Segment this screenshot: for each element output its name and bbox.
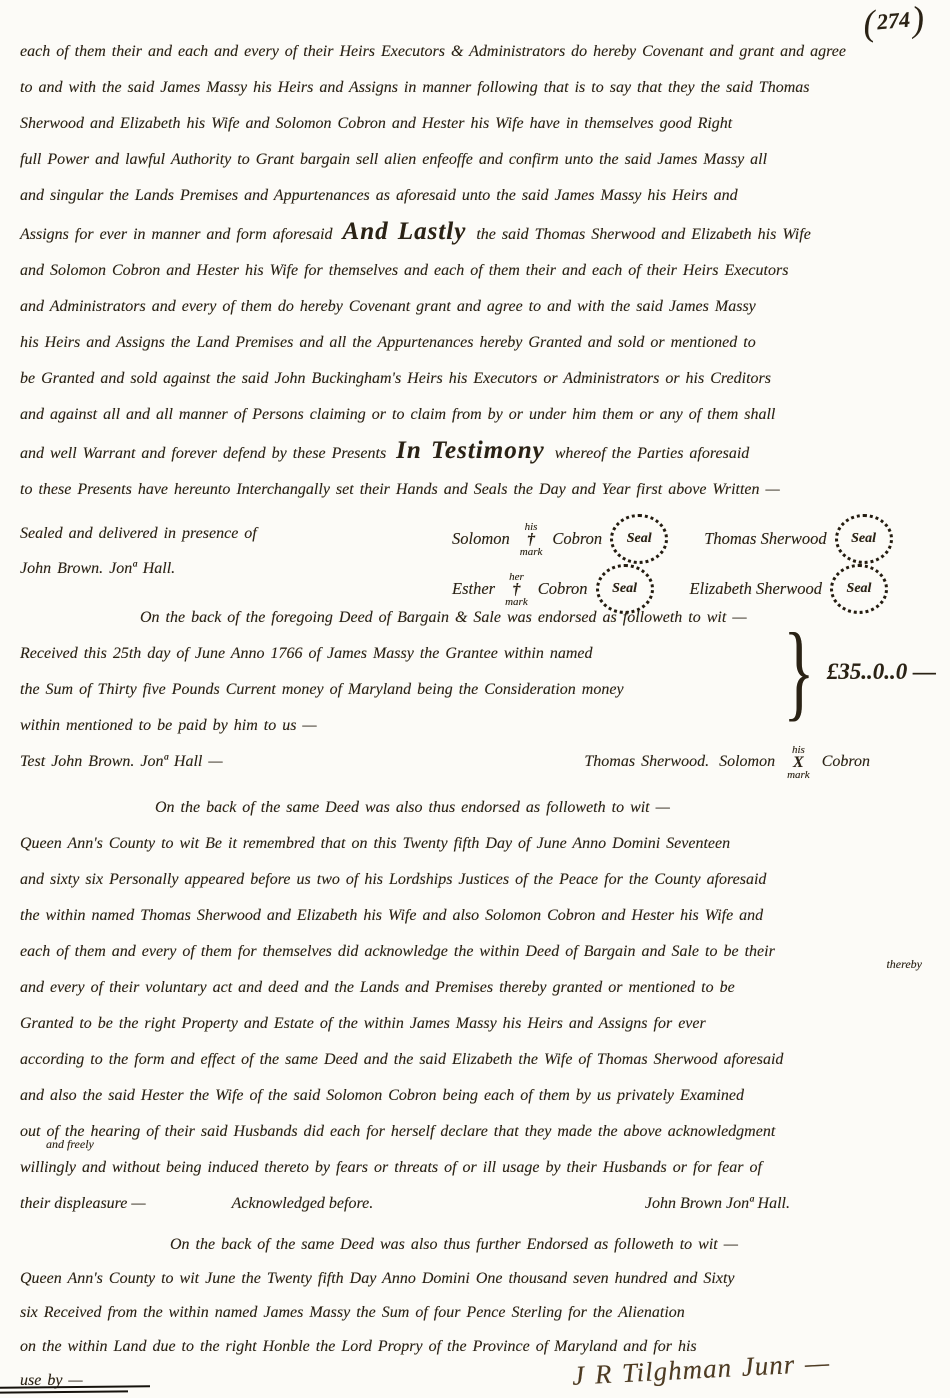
seal-label: Seal (612, 581, 637, 597)
acknowledgment-text: willingly and without being induced ther… (20, 1159, 762, 1176)
alienation-line: six Received from the within named James… (20, 1296, 940, 1330)
seal-label: Seal (847, 581, 872, 597)
receipt-attestation-row: Test John Brown. Jonª Hall — Thomas Sher… (20, 744, 940, 780)
acknowledgment-line: Queen Ann's County to wit Be it remembre… (20, 826, 940, 862)
deed-line: and against all and all manner of Person… (20, 397, 940, 433)
acknowledgment-line: and freely willingly and without being i… (20, 1150, 940, 1186)
deed-line-text: and well Warrant and forever defend by t… (20, 445, 386, 462)
justice-names: John Brown Jonª Hall. (645, 1186, 790, 1222)
deed-line: full Power and lawful Authority to Grant… (20, 142, 940, 178)
deed-line: Sherwood and Elizabeth his Wife and Solo… (20, 106, 940, 142)
receipt-signatures: Thomas Sherwood. Solomon his X mark Cobr… (584, 744, 870, 780)
endorsement-acknowledgment: On the back of the same Deed was also th… (20, 790, 940, 1222)
interlined-word: thereby (886, 958, 922, 970)
seal-icon: Seal (835, 514, 893, 564)
signer-name: Cobron (822, 744, 870, 780)
endorsement-heading: On the back of the foregoing Deed of Bar… (140, 600, 940, 636)
receipt-line: the Sum of Thirty five Pounds Current mo… (20, 672, 773, 708)
page-content: each of them their and each and every of… (0, 0, 950, 1398)
deed-line-text: the said Thomas Sherwood and Elizabeth h… (476, 226, 810, 243)
deed-line: and singular the Lands Premises and Appu… (20, 178, 940, 214)
deed-body: each of them their and each and every of… (20, 34, 940, 508)
acknowledged-before-text: Acknowledged before. (232, 1186, 374, 1222)
mark-label-bottom: mark (787, 770, 810, 781)
deed-line: to these Presents have hereunto Intercha… (20, 472, 940, 508)
his-mark: his X mark (787, 745, 810, 781)
signer-name: Thomas Sherwood (704, 529, 826, 549)
manuscript-page: ( 274 ) each of them their and each and … (0, 0, 950, 1398)
test-witnesses: Test John Brown. Jonª Hall — (20, 744, 223, 780)
signer-name: Thomas Sherwood. (584, 744, 709, 780)
witness-column: Sealed and delivered in presence of John… (20, 512, 452, 600)
x-mark-icon: X (793, 756, 804, 770)
acknowledgment-line: the within named Thomas Sherwood and Eli… (20, 898, 940, 934)
endorsement-receipt: On the back of the foregoing Deed of Bar… (20, 600, 940, 780)
deed-line: to and with the said James Massy his Hei… (20, 70, 940, 106)
mark-label-bottom: mark (520, 547, 543, 558)
witness-names: John Brown. Jonª Hall. (20, 551, 452, 586)
signer-name: Cobron (538, 579, 588, 599)
acknowledgment-text: and every of their voluntary act and dee… (20, 979, 735, 996)
in-testimony-phrase: In Testimony (396, 437, 545, 464)
witness-statement: Sealed and delivered in presence of (20, 516, 452, 551)
alienation-final-row: use by — J R Tilghman Junr — (20, 1364, 940, 1398)
deed-line-text: whereof the Parties aforesaid (555, 445, 750, 462)
acknowledgment-line: and also the said Hester the Wife of the… (20, 1078, 940, 1114)
deed-line: be Granted and sold against the said Joh… (20, 361, 940, 397)
signers-column: Solomon his † mark Cobron Seal Thomas Sh… (452, 512, 940, 600)
deed-line: and Administrators and every of them do … (20, 289, 940, 325)
brace-icon: } (783, 636, 814, 708)
signer-name: Esther (452, 579, 495, 599)
deed-line: his Heirs and Assigns the Land Premises … (20, 325, 940, 361)
his-mark: his † mark (520, 522, 543, 558)
signer-name: Elizabeth Sherwood (690, 579, 822, 599)
seal-label: Seal (851, 531, 876, 547)
acknowledgment-line: thereby and every of their voluntary act… (20, 970, 940, 1006)
page-number-paren-close: ) (911, 3, 926, 34)
rule-line (0, 1385, 150, 1389)
signature-row: Solomon his † mark Cobron Seal Thomas Sh… (452, 514, 934, 564)
interlined-word: and freely (46, 1138, 94, 1150)
acknowledgment-closing-row: their displeasure — Acknowledged before.… (20, 1186, 940, 1222)
acknowledgment-line: each of them and every of them for thems… (20, 934, 940, 970)
endorsement-heading: On the back of the same Deed was also th… (170, 1228, 940, 1262)
receipt-line: Received this 25th day of June Anno 1766… (20, 636, 773, 672)
and-lastly-phrase: And Lastly (343, 218, 467, 245)
signer-name: Solomon (452, 529, 510, 549)
attestation-block: Sealed and delivered in presence of John… (20, 512, 940, 600)
deed-line-text: Assigns for ever in manner and form afor… (20, 226, 333, 243)
deed-line: each of them their and each and every of… (20, 34, 940, 70)
page-number-value: 274 (876, 7, 911, 36)
signer-name: Cobron (552, 529, 602, 549)
consideration-amount: £35..0..0 — (827, 659, 936, 685)
alienation-line: Queen Ann's County to wit June the Twent… (20, 1262, 940, 1296)
receipt-block: Received this 25th day of June Anno 1766… (20, 636, 940, 708)
seal-label: Seal (627, 531, 652, 547)
receipt-line: within mentioned to be paid by him to us… (20, 708, 940, 744)
endorsement-heading: On the back of the same Deed was also th… (155, 790, 940, 826)
deed-line: and Solomon Cobron and Hester his Wife f… (20, 253, 940, 289)
acknowledgment-line: and sixty six Personally appeared before… (20, 862, 940, 898)
receipt-lines: Received this 25th day of June Anno 1766… (20, 636, 773, 708)
cross-mark-icon: † (512, 583, 520, 597)
endorsement-alienation-fine: On the back of the same Deed was also th… (20, 1228, 940, 1398)
seal-icon: Seal (610, 514, 668, 564)
closing-text: their displeasure — (20, 1186, 146, 1222)
deed-line: and well Warrant and forever defend by t… (20, 433, 940, 472)
signer-name: Solomon (719, 744, 775, 780)
acknowledgment-line: Granted to be the right Property and Est… (20, 1006, 940, 1042)
deed-line: Assigns for ever in manner and form afor… (20, 214, 940, 253)
bottom-rule (0, 1386, 150, 1393)
cross-mark-icon: † (527, 533, 535, 547)
acknowledgment-line: according to the form and effect of the … (20, 1042, 940, 1078)
acknowledgment-line: out of the hearing of their said Husband… (20, 1114, 940, 1150)
consideration-amount-group: } £35..0..0 — (773, 636, 936, 708)
